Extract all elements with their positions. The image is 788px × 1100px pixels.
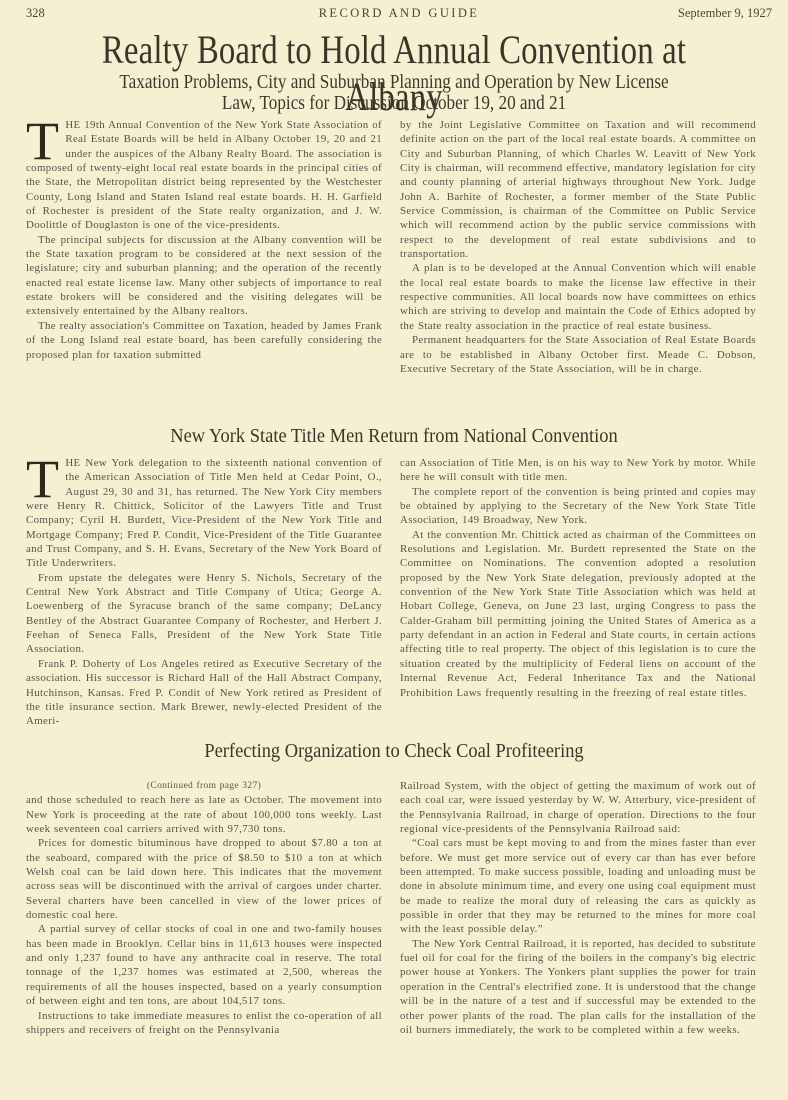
running-head: 328 RECORD AND GUIDE September 9, 1927 [26,6,772,24]
article3-paragraph: Railroad System, with the object of gett… [400,779,756,836]
article1-right-column: by the Joint Legislative Committee on Ta… [400,118,756,376]
article1-paragraph: THE 19th Annual Convention of the New Yo… [26,118,382,233]
article1-left-column: THE 19th Annual Convention of the New Yo… [26,118,382,362]
article1-subtitle-line1: Taxation Problems, City and Suburban Pla… [47,72,740,93]
article3-left-column: (Continued from page 327) and those sche… [26,779,382,1037]
article3-paragraph: “Coal cars must be kept moving to and fr… [400,836,756,936]
masthead: RECORD AND GUIDE [26,6,772,21]
article2-paragraph: From upstate the delegates were Henry S.… [26,571,382,657]
article3-paragraph: Prices for domestic bituminous have drop… [26,836,382,922]
article3-paragraph: and those scheduled to reach here as lat… [26,793,382,836]
article2-right-column: can Association of Title Men, is on his … [400,456,756,700]
article1-paragraph: The principal subjects for discussion at… [26,233,382,319]
article2-paragraph: THE New York delegation to the sixteenth… [26,456,382,571]
drop-cap: T [26,459,59,499]
article3-paragraph: The New York Central Railroad, it is rep… [400,937,756,1037]
article1-subtitle: Taxation Problems, City and Suburban Pla… [47,72,740,114]
article2-paragraph: can Association of Title Men, is on his … [400,456,756,485]
issue-date: September 9, 1927 [678,6,772,21]
article1-paragraph: A plan is to be developed at the Annual … [400,261,756,333]
article2-paragraph: At the convention Mr. Chittick acted as … [400,528,756,700]
newspaper-page: 328 RECORD AND GUIDE September 9, 1927 R… [0,0,788,1100]
article2-paragraph: Frank P. Doherty of Los Angeles retired … [26,657,382,729]
article1-paragraph: by the Joint Legislative Committee on Ta… [400,118,756,261]
article1-paragraph: Permanent headquarters for the State Ass… [400,333,756,376]
article2-paragraph: The complete report of the convention is… [400,485,756,528]
continued-note: (Continued from page 327) [26,779,382,793]
drop-cap: T [26,121,59,161]
article2-left-column: THE New York delegation to the sixteenth… [26,456,382,729]
article3-right-column: Railroad System, with the object of gett… [400,779,756,1037]
article1-paragraph: The realty association's Committee on Ta… [26,319,382,362]
article3-paragraph: A partial survey of cellar stocks of coa… [26,922,382,1008]
article1-subtitle-line2: Law, Topics for Discussion October 19, 2… [47,93,740,114]
article3-title: Perfecting Organization to Check Coal Pr… [39,740,748,763]
article3-paragraph: Instructions to take immediate measures … [26,1009,382,1038]
article2-title: New York State Title Men Return from Nat… [39,425,748,448]
